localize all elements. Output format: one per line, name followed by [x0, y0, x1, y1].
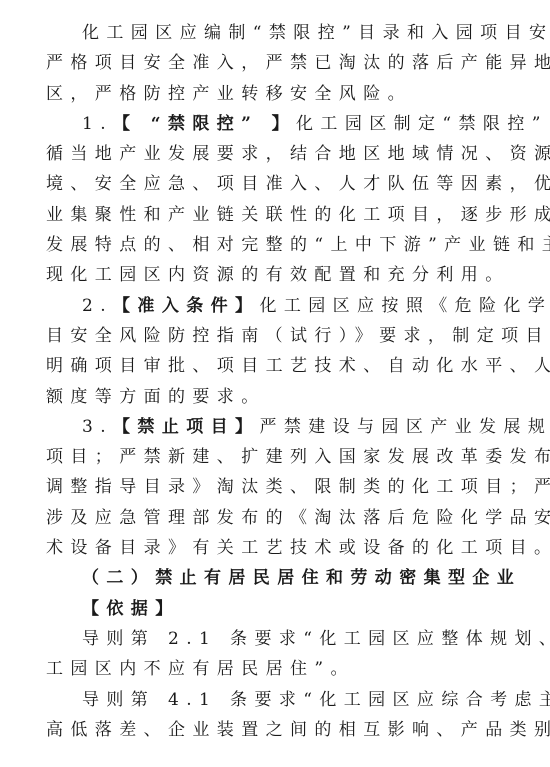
paragraph-line: 额度等方面的要求。	[46, 382, 514, 412]
basis-line: 导则第 4.1 条要求“化工园区应综合考虑主导风向、地势	[46, 685, 514, 715]
paragraph-line: 目安全风险防控指南（试行）》要求，制定项目安全准入条件，	[46, 321, 514, 351]
paragraph-line: 现化工园区内资源的有效配置和充分利用。	[46, 260, 514, 290]
paragraph-line: 明确项目审批、项目工艺技术、自动化水平、人才配备、投资	[46, 351, 514, 381]
paragraph-line: 区，严格防控产业转移安全风险。	[46, 79, 514, 109]
item-text: 化工园区制定“禁限控”目录时，应遵	[296, 114, 550, 134]
basis-label: 【依据】	[46, 594, 514, 624]
paragraph-line: 调整指导目录》淘汰类、限制类的化工项目；严禁新建、扩建	[46, 472, 514, 502]
item-number: 3.	[82, 417, 113, 437]
basis-line: 导则第 2.1 条要求“化工园区应整体规划、集中布置，化	[46, 624, 514, 654]
item-tag: 【准入条件】	[113, 296, 259, 316]
item-tag: 【 “禁限控” 】	[113, 114, 296, 134]
item-tag: 【禁止项目】	[113, 417, 259, 437]
basis-line: 高低落差、企业装置之间的相互影响、产品类别、生产工艺、	[46, 715, 514, 745]
item-text: 化工园区应按照《危险化学品生产建设项	[259, 296, 550, 316]
paragraph-line: 业集聚性和产业链关联性的化工项目，逐步形成符合园区自身	[46, 200, 514, 230]
paragraph-line: 涉及应急管理部发布的《淘汰落后危险化学品安全生产工艺技	[46, 503, 514, 533]
item-text: 严禁建设与园区产业发展规划无关的化工	[259, 417, 550, 437]
paragraph-line: 化工园区应编制“禁限控”目录和入园项目安全准入条件，	[46, 18, 514, 48]
basis-line: 工园区内不应有居民居住”。	[46, 654, 514, 684]
paragraph-line: 严格项目安全准入，严禁已淘汰的落后产能异地落户和进园入	[46, 48, 514, 78]
paragraph-line: 循当地产业发展要求，结合地区地域情况、资源条件、生态环	[46, 139, 514, 169]
item-3-line: 3.【禁止项目】严禁建设与园区产业发展规划无关的化工	[46, 412, 514, 442]
document-page: 化工园区应编制“禁限控”目录和入园项目安全准入条件， 严格项目安全准入，严禁已淘…	[46, 18, 514, 745]
paragraph-line: 境、安全应急、项目准入、人才队伍等因素，优先引入符合产	[46, 169, 514, 199]
item-1-line: 1.【 “禁限控” 】化工园区制定“禁限控”目录时，应遵	[46, 109, 514, 139]
paragraph-line: 发展特点的、相对完整的“上中下游”产业链和主导产业，实	[46, 230, 514, 260]
item-2-line: 2.【准入条件】化工园区应按照《危险化学品生产建设项	[46, 291, 514, 321]
paragraph-line: 项目；严禁新建、扩建列入国家发展改革委发布的《产业结构	[46, 442, 514, 472]
paragraph-line: 术设备目录》有关工艺技术或设备的化工项目。	[46, 533, 514, 563]
section-heading: （二）禁止有居民居住和劳动密集型企业	[46, 563, 514, 593]
item-number: 2.	[82, 296, 113, 316]
item-number: 1.	[82, 114, 113, 134]
